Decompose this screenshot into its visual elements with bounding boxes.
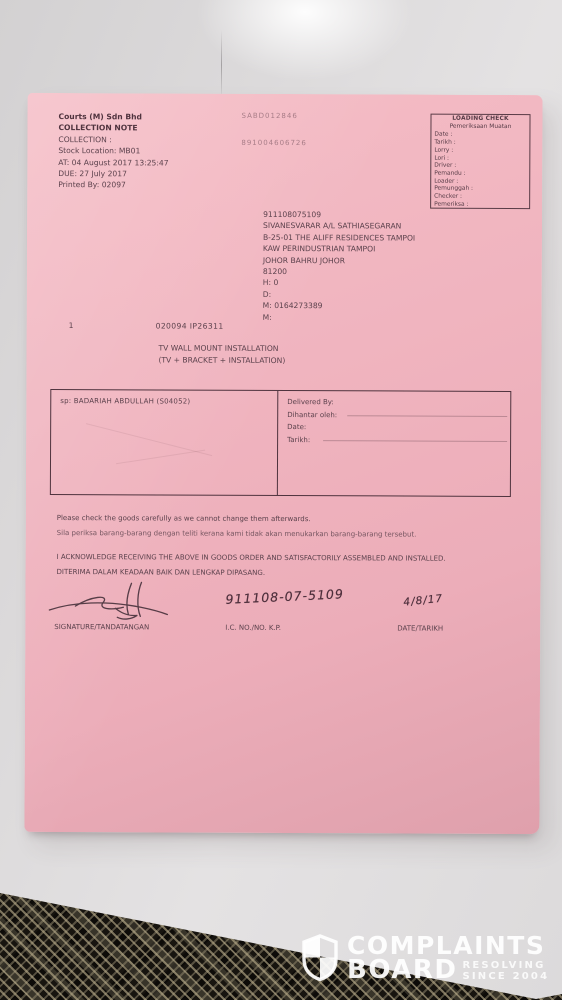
pink-collection-note-sheet: Courts (M) Sdn Bhd COLLECTION NOTE COLLE… [24, 93, 542, 834]
delivered-by-label: Delivered By: [287, 396, 337, 409]
reference-number-1: SABD012846 [241, 112, 297, 120]
customer-address-line-2: KAW PERINDUSTRIAN TAMPOI [263, 243, 415, 255]
delivery-labels: Delivered By: Dihantar oleh: Date: Tarik… [287, 396, 337, 447]
loading-check-field-pemeriksa: Pemeriksa : [434, 201, 529, 209]
stock-location-line: Stock Location: MB01 [58, 145, 168, 157]
customer-address-block: 911108075109 SIVANESVARAR A/L SATHIASEGA… [263, 209, 416, 324]
handwritten-ic-number: 911108-07-5109 [225, 586, 344, 607]
loading-check-box: LOADING CHECK Pemeriksaan Muatan Date : … [430, 114, 530, 209]
reference-number-2: 891004606726 [241, 139, 306, 147]
customer-postcode: 81200 [263, 266, 415, 278]
item-description-line-1: TV WALL MOUNT INSTALLATION [158, 343, 278, 353]
dihantar-oleh-label: Dihantar oleh: [287, 409, 337, 422]
collection-line: COLLECTION : [58, 134, 168, 146]
item-code: 020094 IP26311 [156, 321, 224, 330]
customer-ic-number: 911108075109 [263, 209, 415, 221]
loading-check-field-pemandu: Pemandu : [434, 171, 529, 179]
delivery-box-divider [277, 391, 279, 495]
company-name: Courts (M) Sdn Bhd [58, 111, 168, 123]
customer-home-phone: H: 0 [263, 277, 415, 289]
shield-icon [300, 933, 340, 982]
customer-office-phone: D: [263, 289, 415, 301]
date-fill-line [323, 440, 507, 442]
photo-of-collection-note: Courts (M) Sdn Bhd COLLECTION NOTE COLLE… [0, 0, 562, 1000]
complaintsboard-watermark: COMPLAINTS BOARD RESOLVING SINCE 2004 [300, 933, 549, 982]
acknowledgement-note-english: I ACKNOWLEDGE RECEIVING THE ABOVE IN GOO… [57, 553, 446, 563]
check-goods-note-english: Please check the goods carefully as we c… [57, 514, 311, 523]
customer-mobile-phone-2: M: [263, 312, 415, 324]
salesperson-line: sp: BADARIAH ABDULLAH (S04052) [60, 397, 190, 406]
loading-check-field-checker: Checker : [434, 194, 529, 202]
delivery-details-box: sp: BADARIAH ABDULLAH (S04052) Delivered… [50, 389, 511, 497]
watermark-brand-line-2: BOARD [347, 958, 457, 982]
ic-number-label: I.C. NO./NO. K.P. [225, 624, 281, 632]
delivered-by-fill-line [347, 415, 507, 417]
handwritten-signature [45, 580, 175, 627]
document-title: COLLECTION NOTE [58, 122, 168, 134]
item-description-line-2: (TV + BRACKET + INSTALLATION) [158, 355, 285, 365]
customer-name: SIVANESVARAR A/L SATHIASEGARAN [263, 220, 415, 232]
document-header: Courts (M) Sdn Bhd COLLECTION NOTE COLLE… [58, 111, 169, 191]
item-quantity: 1 [69, 321, 74, 330]
date-tarikh-label: DATE/TARIKH [397, 624, 443, 632]
customer-mobile-phone: M: 0164273389 [263, 300, 415, 312]
customer-address-line-3: JOHOR BAHRU JOHOR [263, 255, 415, 267]
check-goods-note-malay: Sila periksa barang-barang dengan teliti… [57, 529, 417, 539]
watermark-tagline: RESOLVING SINCE 2004 [462, 960, 549, 982]
customer-address-line-1: B-25-01 THE ALIFF RESIDENCES TAMPOI [263, 232, 415, 244]
signature-label: SIGNATURE/TANDATANGAN [54, 623, 149, 631]
surface-crease [221, 30, 222, 100]
date-label: Date: [287, 421, 337, 434]
loading-check-subtitle: Pemeriksaan Muatan [434, 123, 529, 131]
loading-check-field-tarikh: Tarikh : [434, 140, 529, 148]
watermark-tagline-line-2: SINCE 2004 [462, 971, 549, 982]
printed-by-line: Printed By: 02097 [58, 179, 168, 191]
watermark-text: COMPLAINTS BOARD RESOLVING SINCE 2004 [347, 933, 549, 982]
printed-at-line: AT: 04 August 2017 13:25:47 [58, 157, 168, 169]
acknowledgement-note-malay: DITERIMA DALAM KEADAAN BAIK DAN LENGKAP … [57, 568, 266, 577]
handwritten-date: 4/8/17 [403, 593, 444, 609]
due-date-line: DUE: 27 July 2017 [58, 168, 168, 180]
loading-check-field-lorry: Lorry : [434, 147, 529, 155]
watermark-tagline-line-1: RESOLVING [462, 960, 549, 971]
